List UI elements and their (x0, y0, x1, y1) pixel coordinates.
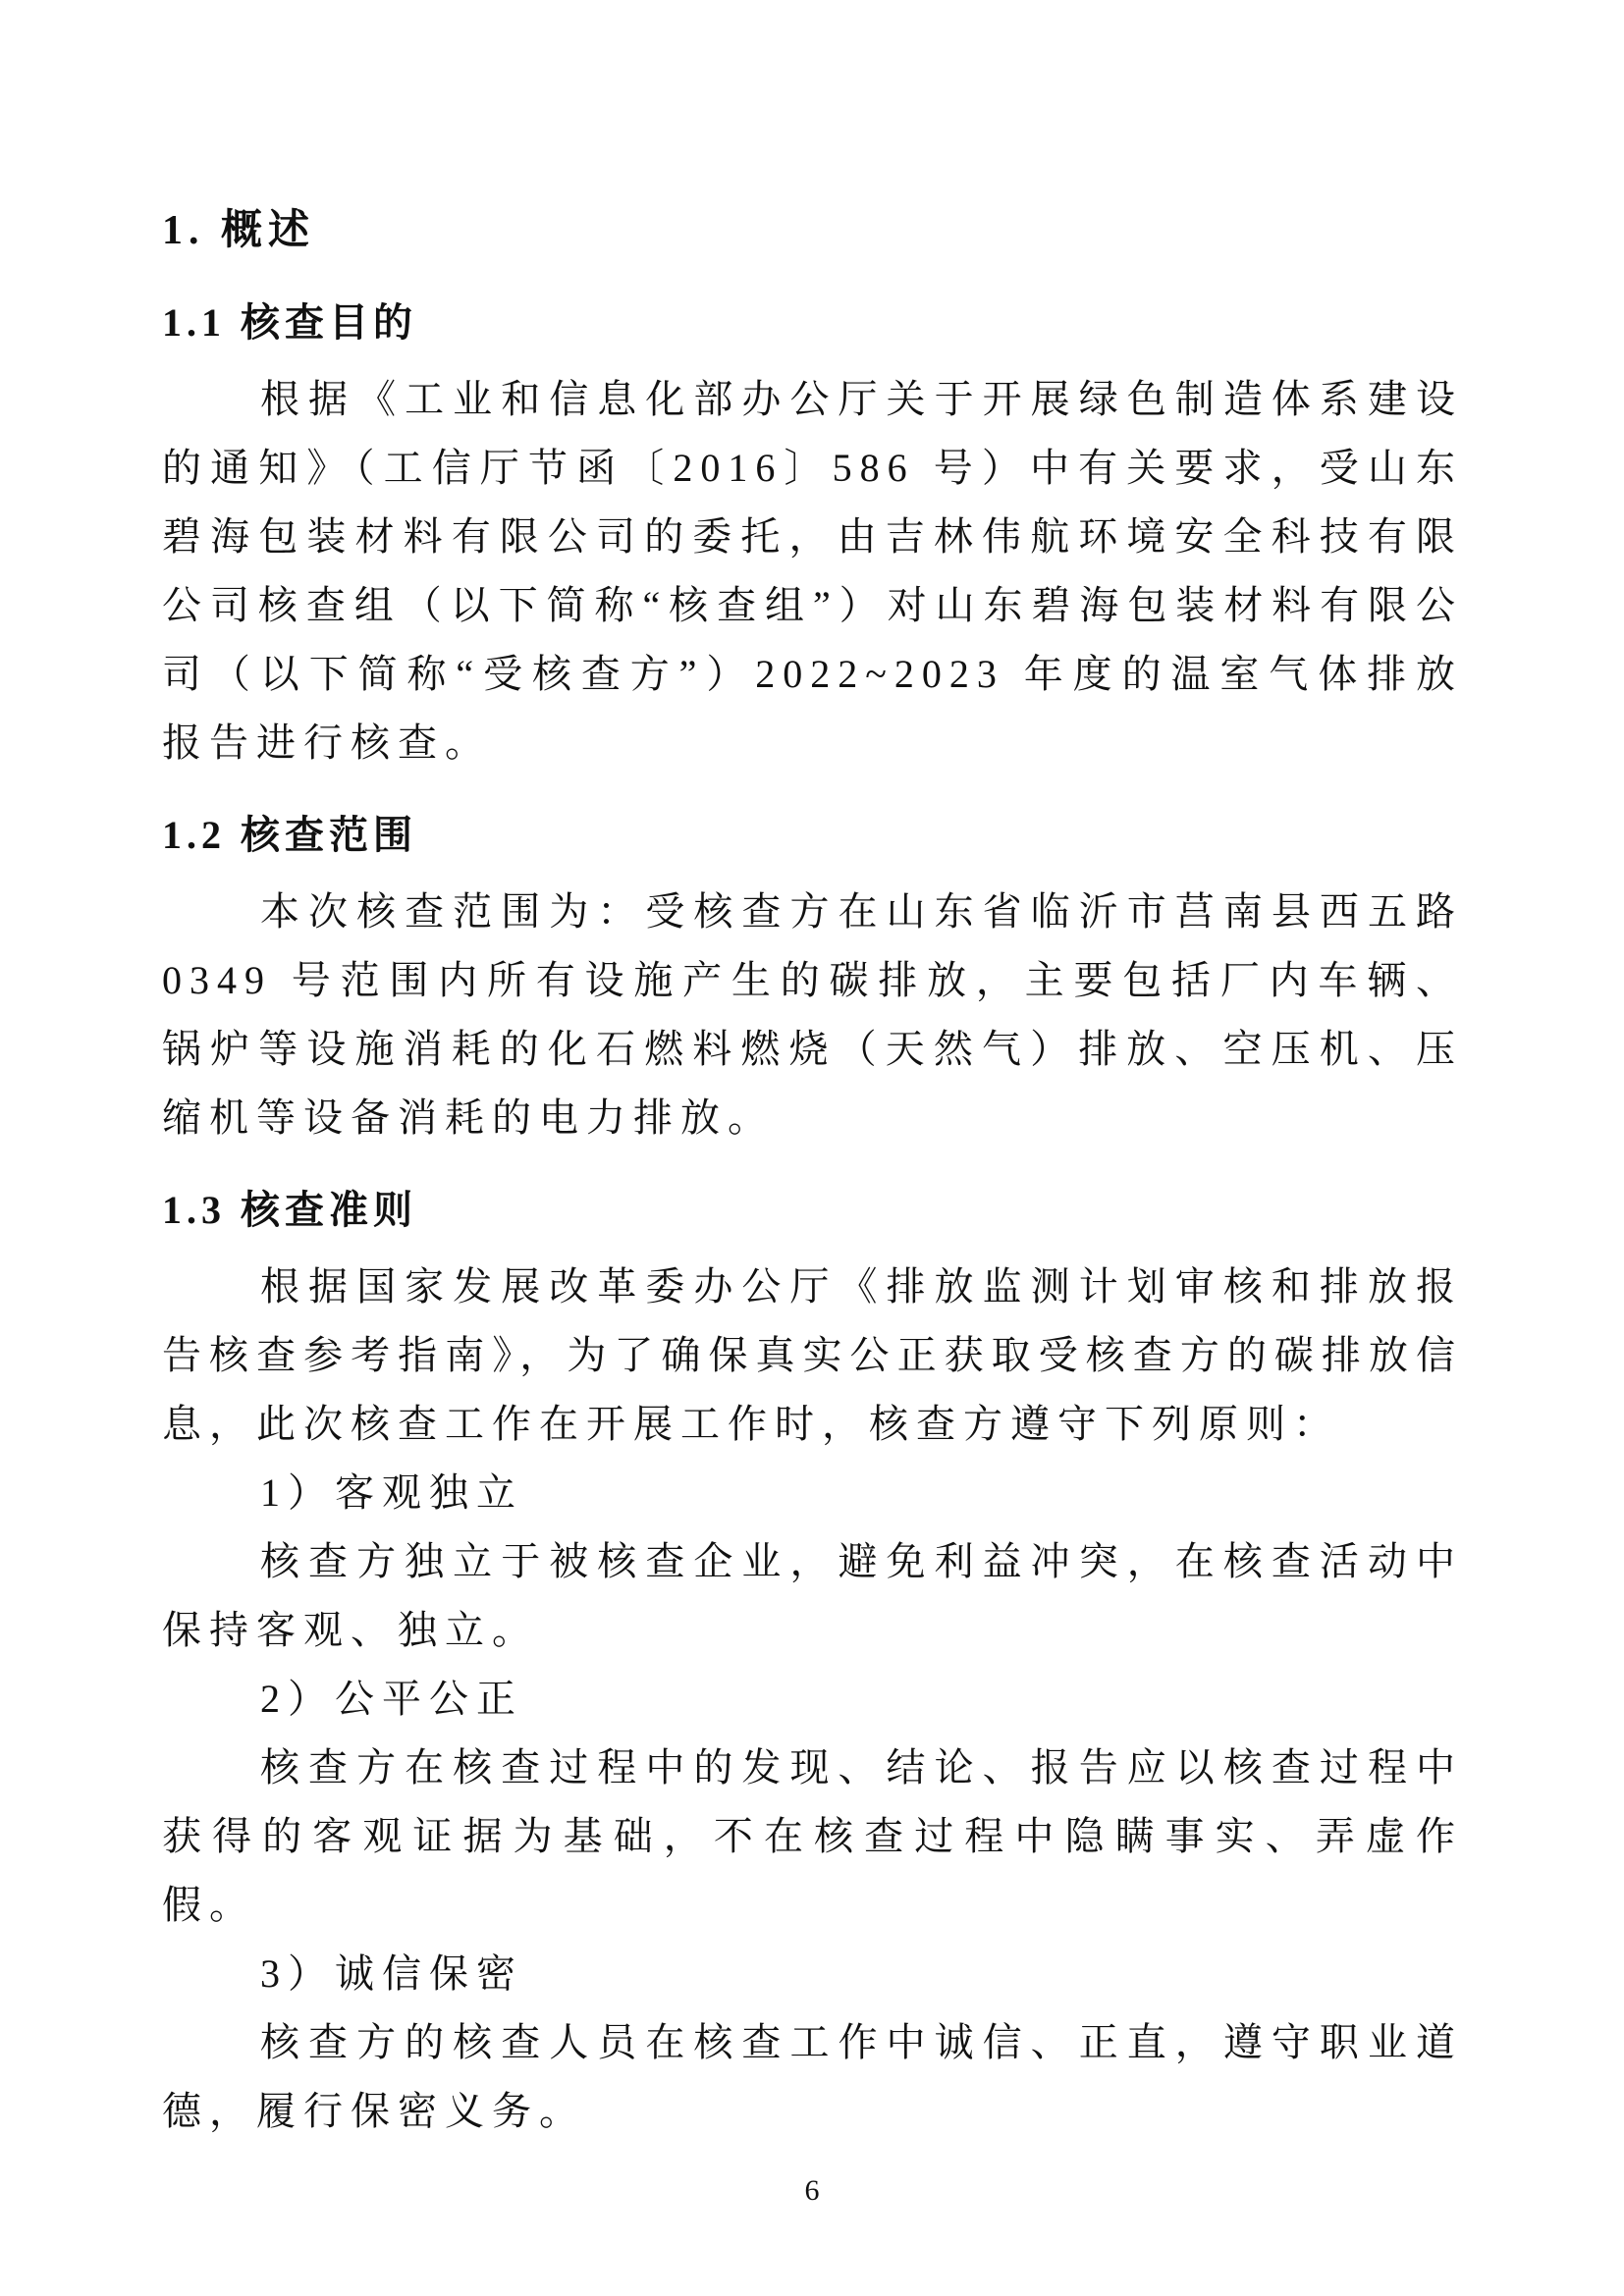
principle-2-heading: 2）公平公正 (162, 1665, 1463, 1734)
section-1-3-paragraph: 根据国家发展改革委办公厅《排放监测计划审核和排放报告核查参考指南》，为了确保真实… (162, 1253, 1463, 1459)
section-heading-1-2: 1.2 核查范围 (162, 801, 1463, 870)
section-1-2-paragraph: 本次核查范围为：受核查方在山东省临沂市莒南县西五路 0349 号范围内所有设施产… (162, 878, 1463, 1152)
section-heading-1-1: 1.1 核查目的 (162, 289, 1463, 357)
principle-3-heading: 3）诚信保密 (162, 1940, 1463, 2008)
chapter-heading: 1. 概述 (162, 196, 1463, 265)
principle-3-paragraph: 核查方的核查人员在核查工作中诚信、正直，遵守职业道德，履行保密义务。 (162, 2008, 1463, 2146)
document-page: 1. 概述 1.1 核查目的 根据《工业和信息化部办公厅关于开展绿色制造体系建设… (0, 0, 1624, 2296)
principle-2-paragraph: 核查方在核查过程中的发现、结论、报告应以核查过程中获得的客观证据为基础，不在核查… (162, 1734, 1463, 1940)
section-1-1-paragraph: 根据《工业和信息化部办公厅关于开展绿色制造体系建设的通知》（工信厅节函〔2016… (162, 365, 1463, 777)
page-number: 6 (0, 2176, 1624, 2206)
principle-1-heading: 1）客观独立 (162, 1459, 1463, 1527)
principle-1-paragraph: 核查方独立于被核查企业，避免利益冲突，在核查活动中保持客观、独立。 (162, 1527, 1463, 1665)
section-heading-1-3: 1.3 核查准则 (162, 1176, 1463, 1245)
